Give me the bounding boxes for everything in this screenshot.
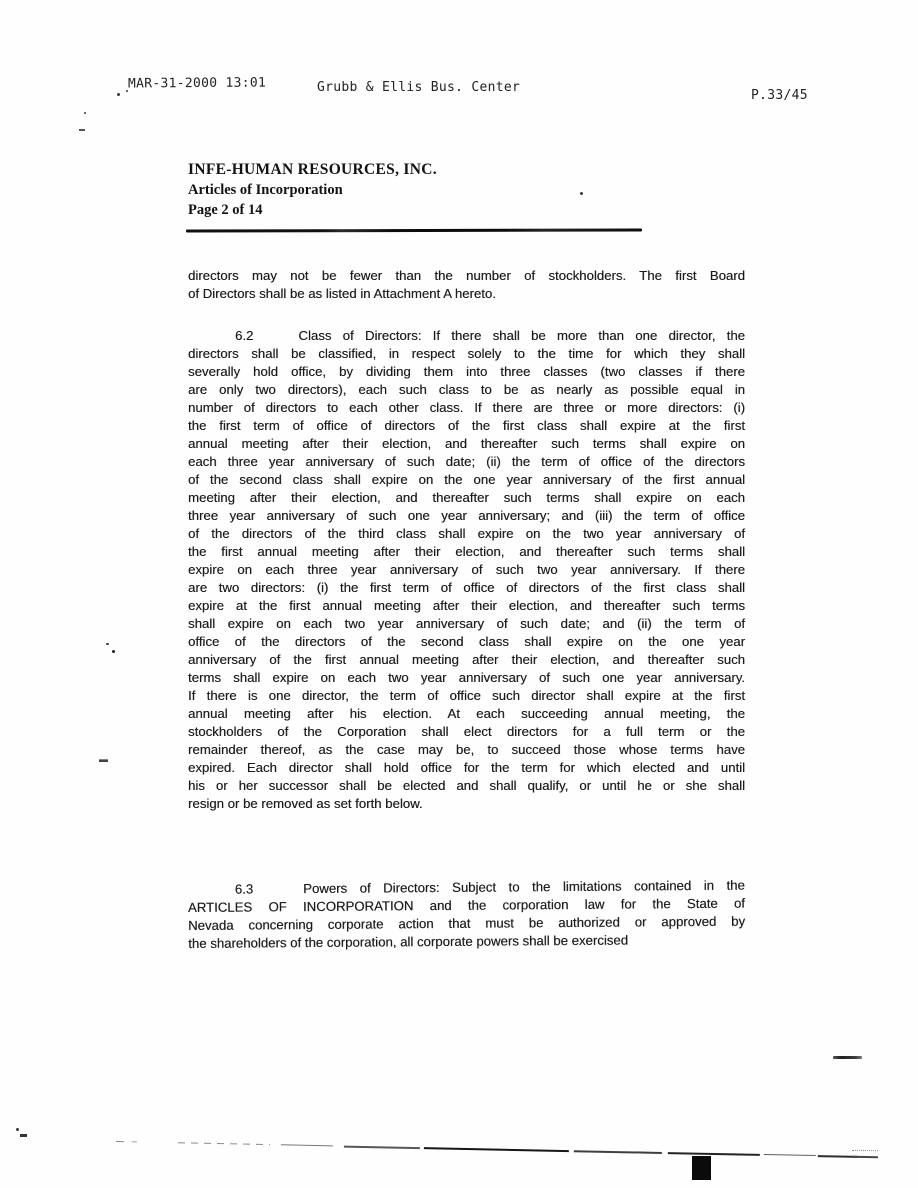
- text-line: terms shall expire on each two year anni…: [188, 669, 745, 687]
- text-line: resign or be removed as set forth below.: [188, 795, 745, 813]
- text-line: meeting after their election, and therea…: [188, 489, 745, 507]
- text-line: his or her successor shall be elected an…: [188, 777, 745, 795]
- text-line: office of the directors of the second cl…: [188, 633, 745, 651]
- fax-page-counter: P.33/45: [751, 88, 808, 103]
- paragraph-section-6-2: 6.2 Class of Directors: If there shall b…: [188, 327, 745, 813]
- text-line: anniversary of the first annual meeting …: [188, 651, 745, 669]
- text-line: stockholders of the Corporation shall el…: [188, 723, 745, 741]
- text-line: are two directors: (i) the first term of…: [188, 579, 745, 597]
- scan-ink-blot: [692, 1156, 711, 1180]
- company-name: INFE-HUMAN RESOURCES, INC.: [188, 159, 437, 180]
- text-line: of the directors of the third class shal…: [188, 525, 745, 543]
- scan-margin-dash: [833, 1056, 862, 1059]
- text-line: directors may not be fewer than the numb…: [188, 267, 745, 285]
- scan-speck: [79, 129, 85, 131]
- text-line: shall expire on each two year anniversar…: [188, 615, 745, 633]
- text-line: remainder thereof, as the case may be, t…: [188, 741, 745, 759]
- text-line: are only two directors), each such class…: [188, 381, 745, 399]
- paragraph-intro: directors may not be fewer than the numb…: [188, 267, 745, 303]
- scan-tail-mark: [852, 1150, 878, 1158]
- scan-speck: [106, 643, 109, 645]
- text-line: 6.2 Class of Directors: If there shall b…: [188, 327, 745, 345]
- text-line: annual meeting after his election. At ea…: [188, 705, 745, 723]
- text-line: severally hold office, by dividing them …: [188, 363, 745, 381]
- text-line: expire at the first annual meeting after…: [188, 597, 745, 615]
- paragraph-section-6-3: 6.3 Powers of Directors: Subject to the …: [188, 877, 746, 953]
- scan-streak-line: [116, 1140, 858, 1159]
- text-line: number of directors to each other class.…: [188, 399, 745, 417]
- document-title: Articles of Incorporation: [188, 180, 437, 200]
- scan-speck: [99, 759, 108, 762]
- fax-timestamp: MAR-31-2000 13:01: [128, 76, 266, 92]
- text-line: the shareholders of the corporation, all…: [188, 931, 745, 953]
- text-line: expired. Each director shall hold office…: [188, 759, 745, 777]
- scan-speck: [117, 93, 120, 96]
- text-line: of Directors shall be as listed in Attac…: [188, 285, 745, 303]
- text-line: directors shall be classified, in respec…: [188, 345, 745, 363]
- text-line: each three year anniversary of such date…: [188, 453, 745, 471]
- text-line: expire on each three year anniversary of…: [188, 561, 745, 579]
- scan-speck: [16, 1128, 19, 1131]
- scan-speck: [84, 112, 86, 114]
- text-line: annual meeting after their election, and…: [188, 435, 745, 453]
- text-line: three year anniversary of such one year …: [188, 507, 745, 525]
- scan-speck: [20, 1134, 27, 1137]
- text-line: the first term of office of directors of…: [188, 417, 745, 435]
- text-line: If there is one director, the term of of…: [188, 687, 745, 705]
- text-line: of the second class shall expire on the …: [188, 471, 745, 489]
- page-number: Page 2 of 14: [188, 200, 437, 220]
- document-header: INFE-HUMAN RESOURCES, INC. Articles of I…: [188, 159, 437, 220]
- scan-speck: [580, 192, 583, 195]
- document-body: directors may not be fewer than the numb…: [188, 267, 745, 953]
- text-line: the first annual meeting after their ele…: [188, 543, 745, 561]
- scan-speck: [126, 90, 128, 92]
- scanned-fax-page: MAR-31-2000 13:01 Grubb & Ellis Bus. Cen…: [0, 0, 918, 1188]
- scan-speck: [112, 650, 115, 653]
- fax-sender: Grubb & Ellis Bus. Center: [317, 80, 520, 95]
- header-divider-line: [186, 229, 642, 233]
